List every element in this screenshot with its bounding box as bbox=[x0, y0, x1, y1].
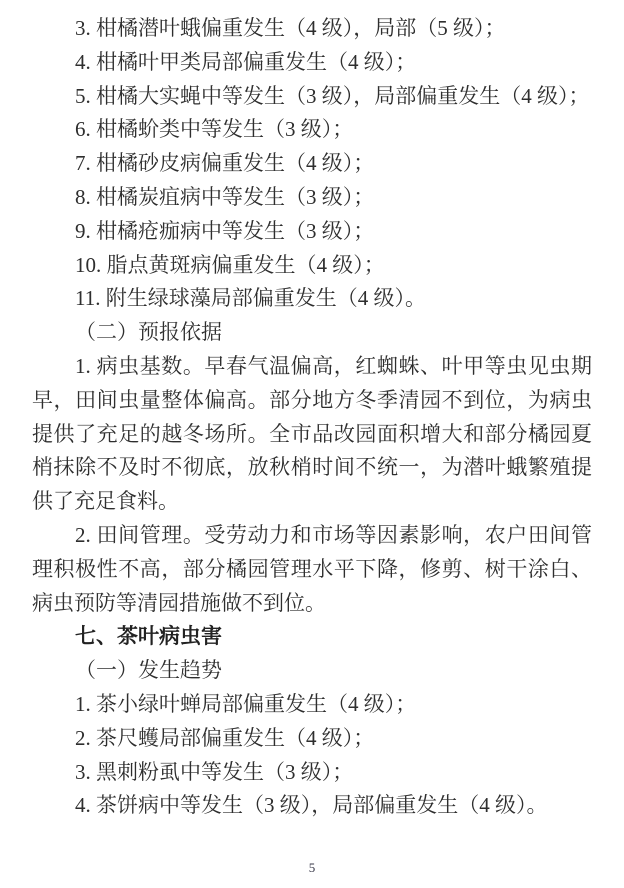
citrus-basis-para2-line: 病虫预防等清园措施做不到位。 bbox=[32, 587, 592, 621]
citrus-trend-item-11: 11. 附生绿球藻局部偏重发生（4 级）。 bbox=[32, 282, 592, 316]
tea-trend-item-1: 1. 茶小绿叶蝉局部偏重发生（4 级）； bbox=[32, 688, 592, 722]
tea-trend-item-4: 4. 茶饼病中等发生（3 级），局部偏重发生（4 级）。 bbox=[32, 789, 592, 823]
document-body: 3. 柑橘潜叶蛾偏重发生（4 级），局部（5 级）； 4. 柑橘叶甲类局部偏重发… bbox=[32, 12, 592, 823]
citrus-basis-para1-line: 1. 病虫基数。早春气温偏高，红蜘蛛、叶甲等虫见虫期 bbox=[32, 350, 592, 384]
citrus-trend-item-6: 6. 柑橘蚧类中等发生（3 级）； bbox=[32, 113, 592, 147]
tea-trend-heading: （一）发生趋势 bbox=[32, 654, 592, 688]
document-page: 3. 柑橘潜叶蛾偏重发生（4 级），局部（5 级）； 4. 柑橘叶甲类局部偏重发… bbox=[0, 0, 624, 888]
citrus-trend-item-7: 7. 柑橘砂皮病偏重发生（4 级）； bbox=[32, 147, 592, 181]
page-number: 5 bbox=[0, 860, 624, 876]
citrus-basis-para2-line: 2. 田间管理。受劳动力和市场等因素影响，农户田间管 bbox=[32, 519, 592, 553]
citrus-basis-para1-line: 提供了充足的越冬场所。全市品改园面积增大和部分橘园夏 bbox=[32, 418, 592, 452]
citrus-basis-para1-line: 梢抹除不及时不彻底，放秋梢时间不统一，为潜叶蛾繁殖提 bbox=[32, 451, 592, 485]
citrus-basis-para1-line: 早，田间虫量整体偏高。部分地方冬季清园不到位，为病虫 bbox=[32, 384, 592, 418]
tea-trend-item-3: 3. 黑刺粉虱中等发生（3 级）； bbox=[32, 756, 592, 790]
citrus-trend-item-10: 10. 脂点黄斑病偏重发生（4 级）； bbox=[32, 249, 592, 283]
citrus-trend-item-9: 9. 柑橘疮痂病中等发生（3 级）； bbox=[32, 215, 592, 249]
citrus-trend-item-5: 5. 柑橘大实蝇中等发生（3 级），局部偏重发生（4 级）； bbox=[32, 80, 592, 114]
tea-trend-item-2: 2. 茶尺蠖局部偏重发生（4 级）； bbox=[32, 722, 592, 756]
citrus-basis-heading: （二）预报依据 bbox=[32, 316, 592, 350]
citrus-trend-item-3: 3. 柑橘潜叶蛾偏重发生（4 级），局部（5 级）； bbox=[32, 12, 592, 46]
citrus-trend-item-4: 4. 柑橘叶甲类局部偏重发生（4 级）； bbox=[32, 46, 592, 80]
citrus-basis-para1-line: 供了充足食料。 bbox=[32, 485, 592, 519]
tea-section-heading: 七、茶叶病虫害 bbox=[32, 620, 592, 654]
citrus-basis-para2-line: 理积极性不高，部分橘园管理水平下降，修剪、树干涂白、 bbox=[32, 553, 592, 587]
citrus-trend-item-8: 8. 柑橘炭疽病中等发生（3 级）； bbox=[32, 181, 592, 215]
